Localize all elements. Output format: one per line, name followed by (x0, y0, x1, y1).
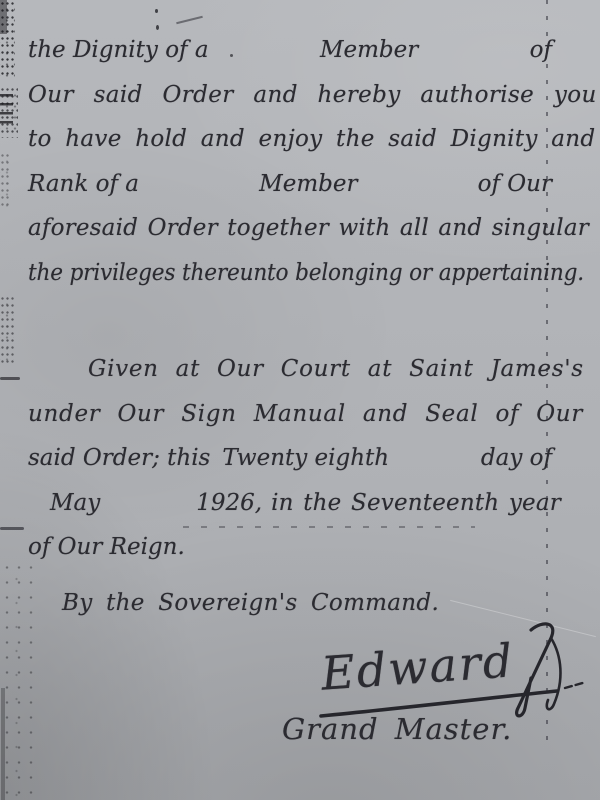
attestation-month-fill: May (50, 490, 100, 516)
stray-dot-1 (155, 9, 158, 13)
signature-title: Grand Master. (282, 712, 512, 746)
command-line-text: By the Sovereign's Command. (62, 590, 439, 616)
grant-line-4-text-end: of Our (478, 171, 552, 197)
attestation-line-3: said Order; thisTwenty eighth day of (28, 436, 552, 481)
grant-line-3-text: to have hold and enjoy the said Dignity … (28, 126, 595, 152)
grant-line-2: Our said Order and hereby authorise you (28, 73, 552, 118)
grant-line-4: Rank of a Member of Our (28, 162, 552, 207)
photocopy-dash-mark-2 (0, 527, 24, 530)
attestation-line-2: under Our Sign Manual and Seal of Our (28, 392, 552, 437)
grant-line-1-text: the Dignity of a (28, 37, 209, 63)
grant-rank-fill-2: Member (259, 171, 357, 197)
stray-stroke (176, 16, 203, 24)
attestation-line-5-text: of Our Reign. (28, 534, 185, 560)
attestation-clause: Given at Our Court at Saint James's unde… (28, 347, 552, 570)
grant-rank-fill-1: Member (320, 37, 418, 63)
attestation-line-3-end: day of (481, 445, 552, 471)
photocopy-noise-top-left (0, 0, 15, 78)
attestation-line-1: Given at Our Court at Saint James's (28, 347, 552, 392)
grant-line-1-text-end: of (530, 37, 552, 63)
grant-line-3: to have hold and enjoy the said Dignity … (28, 117, 552, 162)
photocopy-noise-left-1 (0, 86, 18, 138)
attestation-line-4-text: in the Seventeenth year (271, 490, 561, 516)
attestation-year-fill: 1926, (196, 490, 262, 516)
attestation-line-1-text: Given at Our Court at Saint James's (88, 356, 584, 382)
certificate-text: the Dignity of a Member of Our said Orde… (28, 28, 552, 625)
cipher-stem-stroke (547, 638, 561, 709)
photocopy-dashes-left (0, 94, 13, 128)
cipher-tick (565, 682, 586, 688)
photocopy-edge-streak (1, 688, 5, 800)
grant-line-1: the Dignity of a Member of (28, 28, 552, 73)
photocopy-smudge-corner (0, 0, 7, 34)
photocopied-certificate-page: the Dignity of a Member of Our said Orde… (0, 0, 600, 800)
attestation-line-3-text: said Order; thisTwenty eighth (28, 445, 389, 471)
grant-line-6-text: the privileges thereunto belonging or ap… (28, 260, 584, 286)
attestation-line-2-text: under Our Sign Manual and Seal of Our (28, 401, 583, 427)
attestation-line-4: May 1926, in the Seventeenth year (28, 481, 552, 526)
grant-line-5-text: aforesaid Order together with all and si… (28, 215, 589, 241)
attestation-line-3-pre: said Order; this (28, 445, 210, 471)
grant-line-6: the privileges thereunto belonging or ap… (28, 251, 521, 296)
grant-line-2-text: Our said Order and hereby authorise you (28, 82, 597, 108)
attestation-line-5: of Our Reign. (28, 525, 552, 570)
photocopy-noise-left-3 (0, 295, 14, 367)
grant-line-4-text: Rank of a (28, 171, 139, 197)
grant-line-5: aforesaid Order together with all and si… (28, 206, 552, 251)
attestation-date-fill: Twenty eighth (222, 445, 389, 471)
photocopy-dash-mark-1 (0, 377, 20, 380)
photocopy-noise-left-2 (0, 152, 11, 210)
